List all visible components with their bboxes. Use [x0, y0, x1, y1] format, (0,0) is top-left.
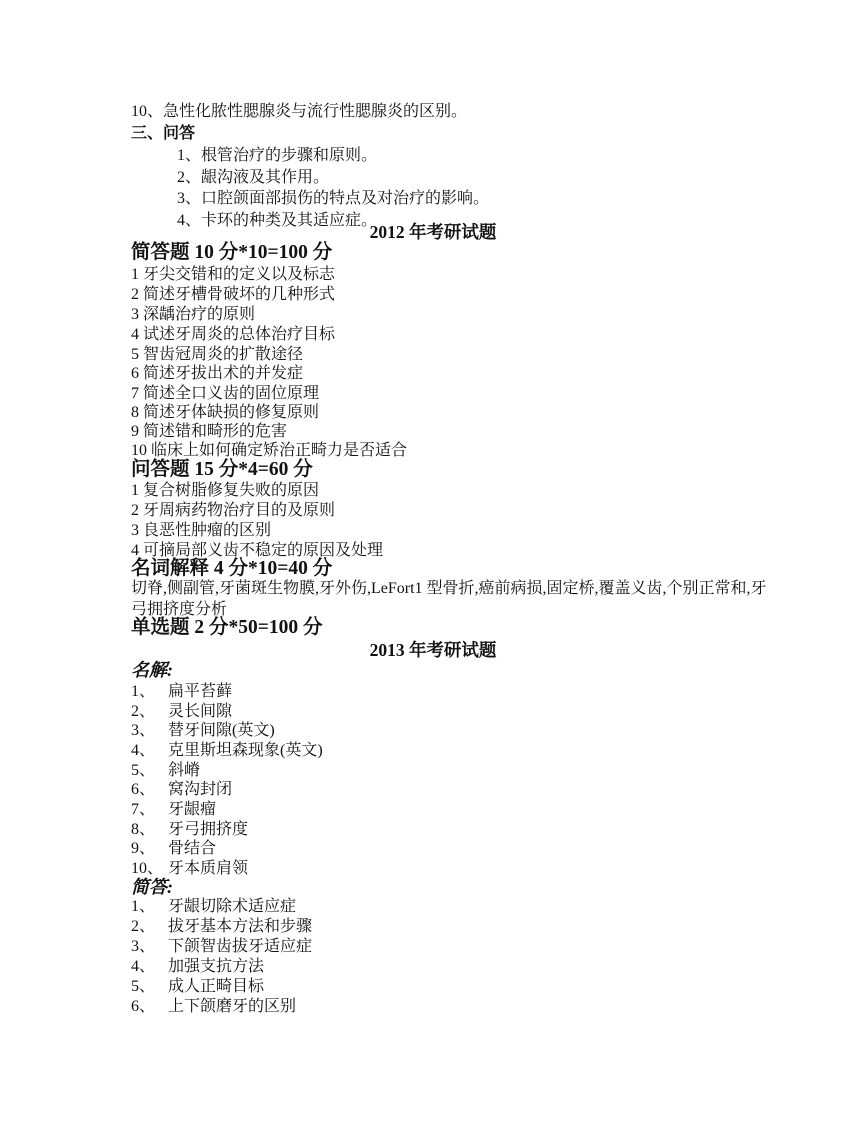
- terms-item: 7、牙龈瘤: [131, 800, 216, 820]
- list-item-text: 牙龈瘤: [168, 801, 216, 818]
- short-answer-item: 3、下颌智齿拔牙适应症: [131, 937, 312, 957]
- short-answer-item: 3 深龋治疗的原则: [131, 305, 255, 325]
- essay-item: 2 牙周病药物治疗目的及原则: [131, 501, 335, 521]
- short-answer-item: 8 简述牙体缺损的修复原则: [131, 403, 319, 423]
- terms-item: 5、斜嵴: [131, 761, 200, 781]
- list-item-text: 斜嵴: [168, 762, 200, 779]
- list-item-number: 2、: [131, 917, 168, 937]
- short-answer-item: 10 临床上如何确定矫治正畸力是否适合: [131, 441, 407, 461]
- short-answer-heading-2012: 简答题 10 分*10=100 分: [131, 242, 332, 264]
- question-line: 3、口腔颌面部损伤的特点及对治疗的影响。: [177, 189, 489, 209]
- list-item-text: 牙弓拥挤度: [168, 821, 248, 838]
- list-item-number: 6、: [131, 997, 168, 1017]
- list-item-number: 4、: [131, 957, 168, 977]
- short-answer-item: 2 简述牙槽骨破坏的几种形式: [131, 285, 335, 305]
- question-line: 2、龈沟液及其作用。: [177, 168, 329, 188]
- list-item-number: 1、: [131, 897, 168, 917]
- terms-item: 2、灵长间隙: [131, 702, 232, 722]
- list-item-text: 成人正畸目标: [168, 978, 264, 995]
- list-item-text: 替牙间隙(英文): [168, 722, 275, 739]
- list-item-number: 2、: [131, 702, 168, 722]
- list-item-number: 7、: [131, 800, 168, 820]
- exam-title-2012: 2012 年考研试题: [0, 222, 866, 243]
- terms-body: 切脊,侧副管,牙菌斑生物膜,牙外伤,LeFort1 型骨折,癌前病损,固定桥,覆…: [131, 579, 767, 620]
- short-answer-item: 1 牙尖交错和的定义以及标志: [131, 265, 335, 285]
- terms-item: 4、克里斯坦森现象(英文): [131, 741, 323, 761]
- short-answer-item: 5、成人正畸目标: [131, 977, 264, 997]
- terms-heading-2012: 名词解释 4 分*10=40 分: [131, 558, 332, 580]
- list-item-text: 灵长间隙: [168, 703, 232, 720]
- terms-item: 9、骨结合: [131, 839, 216, 859]
- short-answer-item: 6 简述牙拔出术的并发症: [131, 364, 303, 384]
- list-item-number: 5、: [131, 977, 168, 997]
- list-item-number: 8、: [131, 820, 168, 840]
- document-page: 10、急性化脓性腮腺炎与流行性腮腺炎的区别。 三、问答 1、根管治疗的步骤和原则…: [0, 0, 866, 1122]
- list-item-number: 5、: [131, 761, 168, 781]
- list-item-text: 牙龈切除术适应症: [168, 898, 296, 915]
- terms-item: 10、牙本质肩领: [131, 859, 248, 879]
- list-item-number: 3、: [131, 721, 168, 741]
- question-line: 10、急性化脓性腮腺炎与流行性腮腺炎的区别。: [131, 102, 467, 122]
- list-item-number: 10、: [131, 859, 168, 879]
- essay-heading-2012: 问答题 15 分*4=60 分: [131, 459, 313, 481]
- short-answer-item: 1、牙龈切除术适应症: [131, 897, 296, 917]
- question-line: 1、根管治疗的步骤和原则。: [177, 146, 377, 166]
- list-item-text: 加强支抗方法: [168, 958, 264, 975]
- list-item-number: 6、: [131, 780, 168, 800]
- section-heading-wenda: 三、问答: [131, 124, 195, 144]
- list-item-number: 3、: [131, 937, 168, 957]
- short-answer-item: 2、拔牙基本方法和步骤: [131, 917, 312, 937]
- terms-item: 1、扁平苔藓: [131, 682, 232, 702]
- list-item-text: 上下颌磨牙的区别: [168, 998, 296, 1015]
- list-item-number: 9、: [131, 839, 168, 859]
- list-item-text: 扁平苔藓: [168, 683, 232, 700]
- terms-item: 8、牙弓拥挤度: [131, 820, 248, 840]
- short-answer-item: 4 试述牙周炎的总体治疗目标: [131, 325, 335, 345]
- short-answer-item: 4、加强支抗方法: [131, 957, 264, 977]
- essay-item: 3 良恶性肿瘤的区别: [131, 521, 271, 541]
- list-item-text: 牙本质肩领: [168, 860, 248, 877]
- single-choice-heading-2012: 单选题 2 分*50=100 分: [131, 617, 323, 639]
- list-item-text: 克里斯坦森现象(英文): [168, 742, 323, 759]
- short-answer-item: 6、上下颌磨牙的区别: [131, 997, 296, 1017]
- short-answer-heading-2013: 简答:: [131, 877, 173, 898]
- terms-heading-2013: 名解:: [131, 660, 173, 681]
- list-item-text: 下颌智齿拔牙适应症: [168, 938, 312, 955]
- terms-item: 6、窝沟封闭: [131, 780, 232, 800]
- essay-item: 1 复合树脂修复失败的原因: [131, 481, 319, 501]
- list-item-text: 骨结合: [168, 840, 216, 857]
- list-item-number: 4、: [131, 741, 168, 761]
- list-item-number: 1、: [131, 682, 168, 702]
- short-answer-item: 5 智齿冠周炎的扩散途径: [131, 345, 303, 365]
- terms-item: 3、替牙间隙(英文): [131, 721, 275, 741]
- exam-title-2013: 2013 年考研试题: [0, 640, 866, 661]
- short-answer-item: 9 简述错和畸形的危害: [131, 422, 287, 442]
- list-item-text: 拔牙基本方法和步骤: [168, 918, 312, 935]
- short-answer-item: 7 简述全口义齿的固位原理: [131, 384, 319, 404]
- list-item-text: 窝沟封闭: [168, 781, 232, 798]
